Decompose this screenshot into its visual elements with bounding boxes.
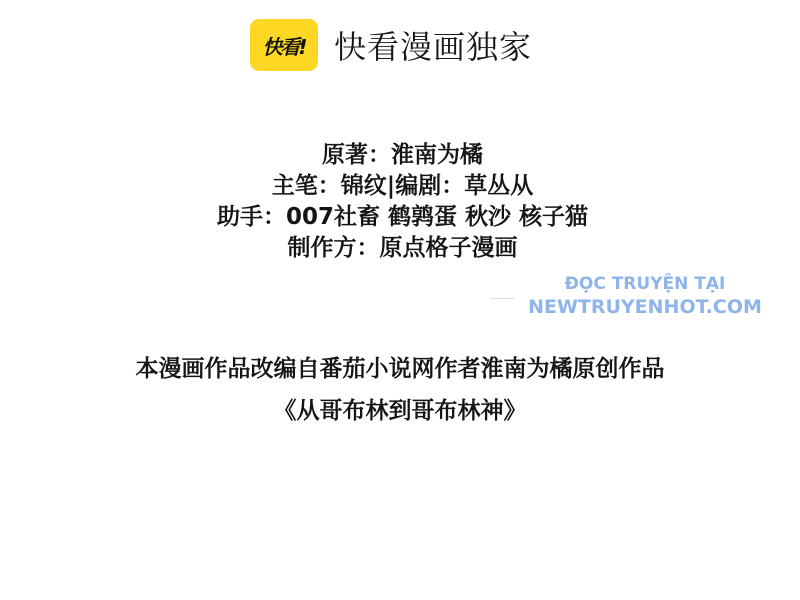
work-title: 《从哥布林到哥布林神》 <box>0 390 800 432</box>
watermark: ĐỌC TRUYỆN TẠI NEWTRUYENHOT.COM <box>510 274 780 318</box>
assistants: 助手：007社畜 鹤鹑蛋 秋沙 核子猫 <box>0 202 800 233</box>
statement-line1: 本漫画作品改编自番茄小说网作者淮南为橘原创作品 <box>0 348 800 390</box>
credits-block: 原著：淮南为橘 主笔：锦纹|编剧：草丛从 助手：007社畜 鹤鹑蛋 秋沙 核子猫… <box>0 140 800 264</box>
watermark-line2: NEWTRUYENHOT.COM <box>510 296 780 318</box>
producer: 制作方：原点格子漫画 <box>0 233 800 264</box>
original-author: 原著：淮南为橘 <box>0 140 800 171</box>
brand-header: 快看! 快看漫画独家 <box>250 18 532 72</box>
watermark-line1: ĐỌC TRUYỆN TẠI <box>510 274 780 294</box>
lead-artist-editor: 主笔：锦纹|编剧：草丛从 <box>0 171 800 202</box>
adaptation-statement: 本漫画作品改编自番茄小说网作者淮南为橘原创作品 《从哥布林到哥布林神》 <box>0 348 800 432</box>
kuaikan-logo-icon: 快看! <box>250 19 318 71</box>
brand-title: 快看漫画独家 <box>334 22 532 68</box>
